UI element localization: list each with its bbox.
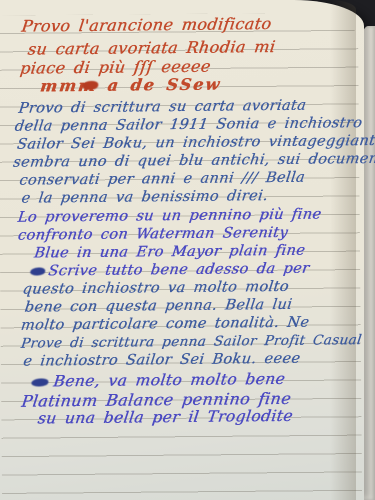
handwriting-line: e la penna va benissimo direi.: [20, 188, 269, 208]
handwriting-line: su una bella per il Troglodite: [37, 408, 294, 428]
handwriting-line: Provo l'arancione modificato: [21, 15, 273, 35]
handwriting-line: Blue in una Ero Mayor plain fine: [33, 243, 306, 263]
handwriting-line: sembra uno di quei blu antichi, sui docu…: [12, 151, 375, 172]
handwriting-layer: Provo l'arancione modificato su carta av…: [0, 0, 367, 500]
notebook-photo: Provo l'arancione modificato su carta av…: [0, 0, 375, 500]
ink-blot: [31, 378, 48, 386]
handwriting-line: Bene, va molto molto bene: [52, 371, 286, 390]
handwriting-line: su carta avoriata Rhodia mi: [27, 38, 277, 58]
ink-blot: [30, 267, 45, 275]
handwriting-line: questo inchiostro va molto molto: [21, 279, 290, 299]
handwriting-line: bene con questa penna. Bella lui: [23, 297, 293, 317]
handwriting-line: Scrive tutto bene adesso da per: [47, 261, 310, 281]
handwriting-line: confronto con Waterman Serenity: [17, 225, 289, 245]
pen-test-squiggle: mmm a de SSew: [39, 76, 222, 95]
handwriting-line: e inchiostro Sailor Sei Boku. eeee: [22, 351, 301, 371]
handwriting-line: Lo proveremo su un pennino più fine: [17, 207, 323, 227]
handwriting-line: Prove di scrittura penna Sailor Profit C…: [20, 332, 363, 353]
handwriting-line: Provo di scrittura su carta avoriata: [17, 98, 307, 118]
handwriting-line: conservati per anni e anni /// Bella: [18, 170, 306, 190]
handwriting-line pen-test-squiggle: piace di più ſſſ eeeee: [19, 58, 212, 77]
notebook-page: Provo l'arancione modificato su carta av…: [0, 0, 364, 500]
handwriting-line: molto particolare come tonalità. Ne: [20, 315, 311, 335]
